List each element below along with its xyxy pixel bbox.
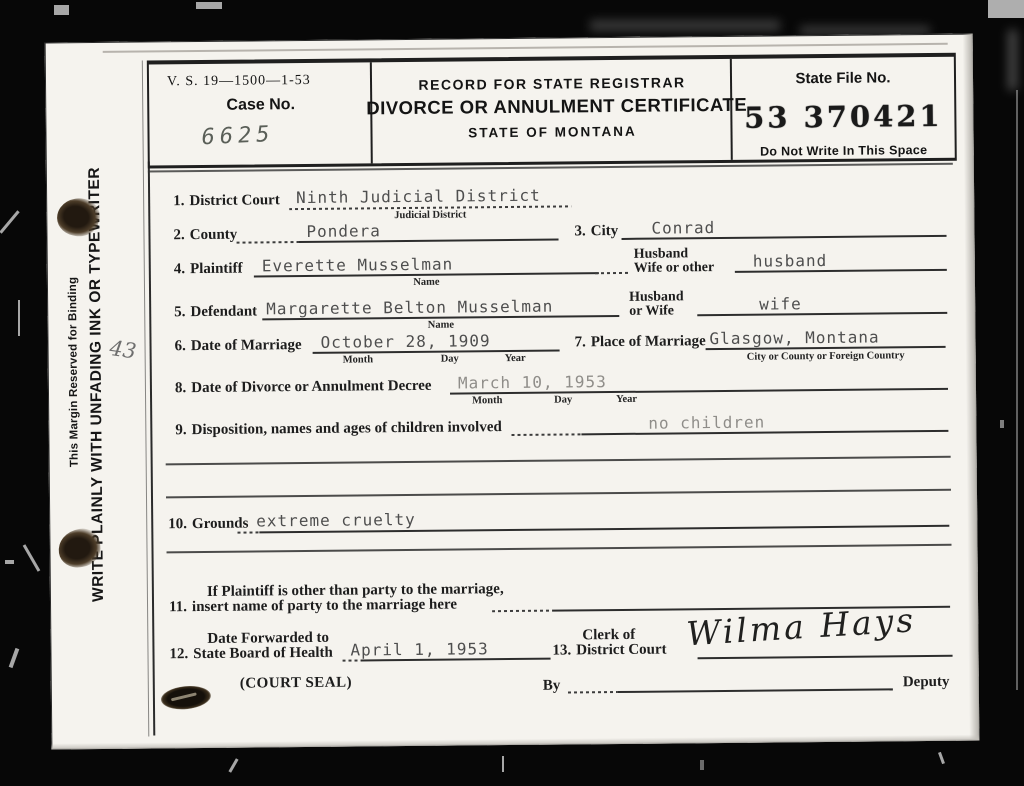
date-of-marriage-value: October 28, 1909 [320,331,490,352]
film-scratch [9,648,20,668]
film-scratch [23,544,41,571]
month-caption: Month [343,354,373,365]
day-caption: Day [554,394,572,405]
form-left-border [148,161,156,735]
field-label-text: Disposition, names and ages of children … [192,419,502,438]
pencil-annotation: 43 [108,336,138,364]
field-plaintiff-label: 4.Plaintiff [174,261,243,279]
seal-stamp-mark [160,684,212,712]
field-number: 4. [174,261,185,277]
field-label-text: Grounds [192,516,249,533]
film-scratch [0,210,20,233]
field-number: 13. [552,642,571,658]
field-number: 8. [175,380,186,396]
month-caption: Month [472,395,502,406]
field-label-text: State Board of Health [193,645,333,662]
day-caption: Day [441,354,459,365]
film-scratch [196,2,222,9]
title-record-for-state-registrar: RECORD FOR STATE REGISTRAR [372,74,732,93]
grounds-line-lead [237,531,259,533]
film-smudge [1008,30,1017,90]
seal-stamp-highlight [171,692,197,701]
field-label-text: County [190,227,238,243]
title-divorce-or-annulment-certificate: DIVORCE OR ANNULMENT CERTIFICATE [366,94,738,120]
place-of-marriage-value: Glasgow, Montana [709,327,879,348]
children-line-lead [511,433,581,436]
field-number: 5. [174,304,185,320]
film-scratch [54,5,69,15]
case-no-label: Case No. [149,95,372,115]
blank-line [166,456,951,466]
date-forwarded-lead [343,659,361,661]
film-smudge [590,20,780,31]
field-label-text: insert name of party to the marriage her… [192,597,457,616]
field-defendant-label: 5.Defendant [174,303,257,321]
husband-wife-lead [595,272,631,274]
paper-edge [963,34,980,741]
field-number: 3. [574,223,585,239]
date-forwarded-line [361,658,551,662]
blank-line [167,544,952,554]
film-scratch [5,560,14,564]
plaintiff-role-value: husband [753,251,828,271]
case-no-value: 6625 [201,122,275,150]
state-file-no-stamp: 53 370421 [732,99,954,135]
film-scratch [700,760,704,770]
judicial-district-caption: Judicial District [289,208,571,222]
field-district-court-label: 1.District Court [173,192,280,210]
field-label-text: City [591,223,619,239]
husband-or-wife-label-bottom: or Wife [629,303,674,319]
place-caption: City or County or Foreign Country [698,350,954,363]
microfilm-scan: WRITE PLAINLY WITH UNFADING INK OR TYPEW… [0,0,1024,786]
field-place-of-marriage-label: 7.Place of Marriage [574,333,705,351]
field-number: 10. [168,516,187,532]
film-scratch [228,758,238,772]
title-state-of-montana: STATE OF MONTANA [372,123,732,141]
blank-line [166,489,951,499]
field-date-of-marriage-label: 6.Date of Marriage [174,337,301,355]
field-11-label-bottom: 11.insert name of party to the marriage … [169,597,457,617]
film-scratch [938,752,945,764]
county-line-lead [237,241,299,244]
film-scratch [502,756,504,772]
field-label-text: Plaintiff [190,261,243,278]
year-caption: Year [616,394,637,405]
husband-wife-or-other-label-bottom: Wife or other [634,260,715,277]
field-number: 6. [174,338,185,354]
defendant-role-line [697,312,947,316]
by-line-lead [568,691,618,693]
district-court-value: Ninth Judicial District [296,186,541,207]
deputy-label: Deputy [903,674,950,691]
film-scratch [988,0,1024,18]
state-file-no-label: State File No. [732,69,954,88]
decree-date-value: March 10, 1953 [458,372,607,392]
field-county-label: 2.County [173,227,237,245]
certificate-page: WRITE PLAINLY WITH UNFADING INK OR TYPEW… [45,34,980,750]
header-box: V. S. 19—1500—1-53 Case No. 6625 RECORD … [147,53,957,169]
film-scratch [1000,420,1004,428]
paper-edge [51,735,979,750]
field-label-text: District Court [189,192,280,209]
field-decree-date-label: 8.Date of Divorce or Annulment Decree [175,378,432,397]
city-value: Conrad [651,218,715,238]
plaintiff-value: Everette Musselman [262,255,454,276]
field-number: 12. [169,646,188,662]
year-caption: Year [505,353,526,364]
field-number: 2. [173,227,184,243]
field-label-text: Date of Marriage [191,337,302,354]
field-city-label: 3.City [574,223,618,240]
defendant-name-caption: Name [262,318,619,332]
stacked-sheet-edge [103,43,948,53]
grounds-value: extreme cruelty [256,510,416,531]
by-label: By [543,678,561,695]
field-label-text: Defendant [190,303,257,320]
clerk-signature-line [698,655,953,659]
field-11-line [492,610,552,613]
field-13-label-bottom: 13.District Court [552,642,666,660]
field-12-label-bottom: 12.State Board of Health [169,645,332,664]
defendant-role-value: wife [759,294,802,313]
do-not-write-label: Do Not Write In This Space [735,143,953,159]
film-scratch [18,300,20,336]
by-line [618,688,893,693]
form-number: V. S. 19—1500—1-53 [167,73,311,90]
children-value: no children [648,413,765,433]
field-children-label: 9.Disposition, names and ages of childre… [175,419,502,439]
plaintiff-name-caption: Name [254,275,599,289]
field-number: 9. [175,422,186,438]
field-label-text: District Court [576,642,667,659]
field-number: 11. [169,599,187,615]
date-forwarded-value: April 1, 1953 [350,639,488,659]
field-label-text: Date of Divorce or Annulment Decree [191,378,432,396]
margin-binding-text: This Margin Reserved for Binding [66,228,81,516]
field-grounds-label: 10.Grounds [168,516,248,534]
county-value: Pondera [306,221,381,241]
field-number: 7. [574,334,585,350]
field-number: 1. [173,193,184,209]
court-seal-label: (COURT SEAL) [240,675,352,693]
field-label-text: Place of Marriage [591,333,706,350]
film-scratch [1016,90,1018,690]
